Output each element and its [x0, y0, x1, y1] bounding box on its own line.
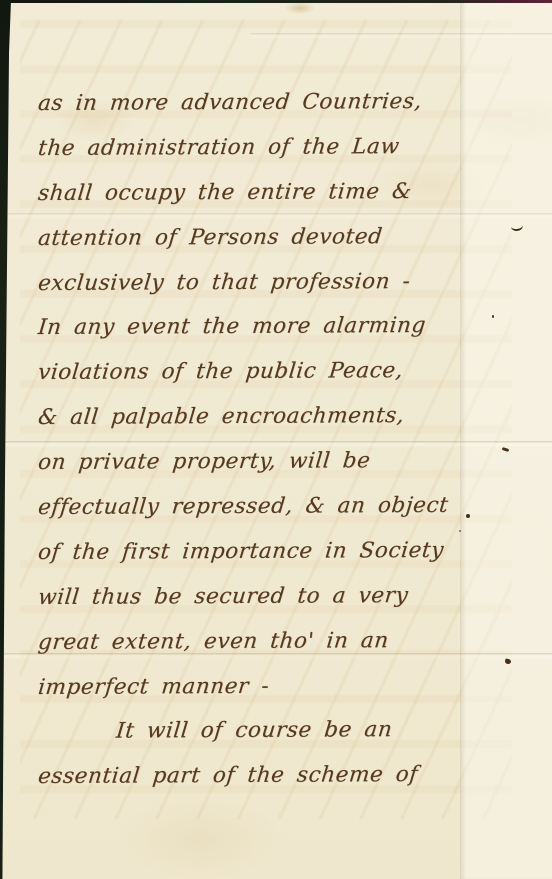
ink-speck [492, 315, 494, 318]
handwriting-line: effectually repressed, & an object [36, 484, 521, 531]
handwriting-line-paragraph-start: It will of course be an [36, 708, 521, 755]
handwriting-line: great extent, even tho' in an [36, 618, 521, 665]
handwriting-line: exclusively to that profession - [36, 259, 521, 306]
handwriting-line: of the first importance in Society [36, 528, 521, 575]
handwriting-line: the administration of the Law [36, 124, 521, 171]
handwriting-line: & all palpable encroachments, [36, 394, 521, 441]
handwriting-line: as in more advanced Countries, [36, 79, 521, 126]
handwriting-line: essential part of the scheme of [36, 753, 521, 800]
ink-speck [459, 530, 461, 532]
scan-edge-top [0, 0, 552, 3]
handwriting-line: In any event the more alarming [36, 304, 521, 351]
handwritten-text-block: as in more advanced Countries, the admin… [38, 82, 518, 800]
handwriting-line: on private property, will be [36, 439, 521, 486]
handwriting-line: shall occupy the entire time & [36, 169, 521, 216]
manuscript-scan: as in more advanced Countries, the admin… [0, 0, 552, 879]
handwriting-line: violations of the public Peace, [36, 349, 521, 396]
handwriting-line: attention of Persons devoted [36, 214, 521, 261]
ink-speck [466, 514, 470, 518]
handwriting-line: will thus be secured to a very [36, 573, 521, 620]
handwriting-line: imperfect manner - [36, 663, 521, 710]
